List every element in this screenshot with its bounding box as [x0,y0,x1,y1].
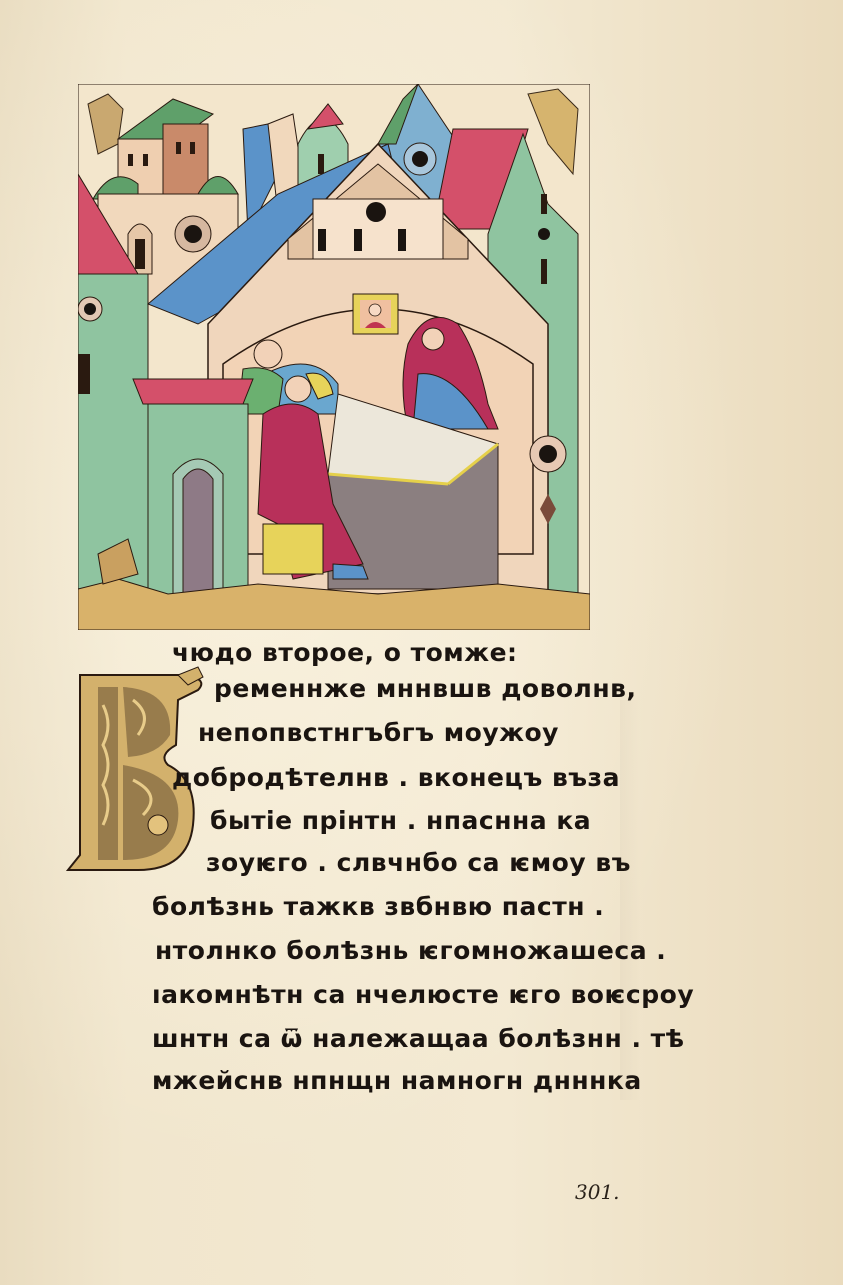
text-line: ременнже мннвшв доволнв, [214,674,636,703]
text-line: нтолнко болѣзнь ѥгомножашеса . [155,936,666,965]
text-line: мжейснв нпнщн намногн днннка [152,1066,642,1095]
text-line-title: чюдо второе, о томже: [172,638,518,667]
text-line: болѣзнь тажкв звбнвю пастн . [152,892,604,921]
text-block: чюдо второе, о томже: ременнже мннвшв до… [0,0,843,1285]
text-line: шнтн са ѿ належащаа болѣзнн . тѣ [152,1024,685,1053]
text-line: бытіе прінтн . нпаснна ка [210,806,591,835]
text-line: ıакомнѣтн са нчелюсте ѥго воѥсроу [152,980,694,1009]
text-line: добродѣтелнв . вконецъ въза [172,763,620,792]
bleed-through-shadow [620,700,640,1100]
manuscript-page: чюдо второе, о томже: ременнже мннвшв до… [0,0,843,1285]
text-line: непопвстнгъбгъ моужоу [198,718,559,747]
page-number: 301. [575,1180,620,1204]
text-line: зоуѥго . слвчнбо са ѥмоу въ [206,848,631,877]
